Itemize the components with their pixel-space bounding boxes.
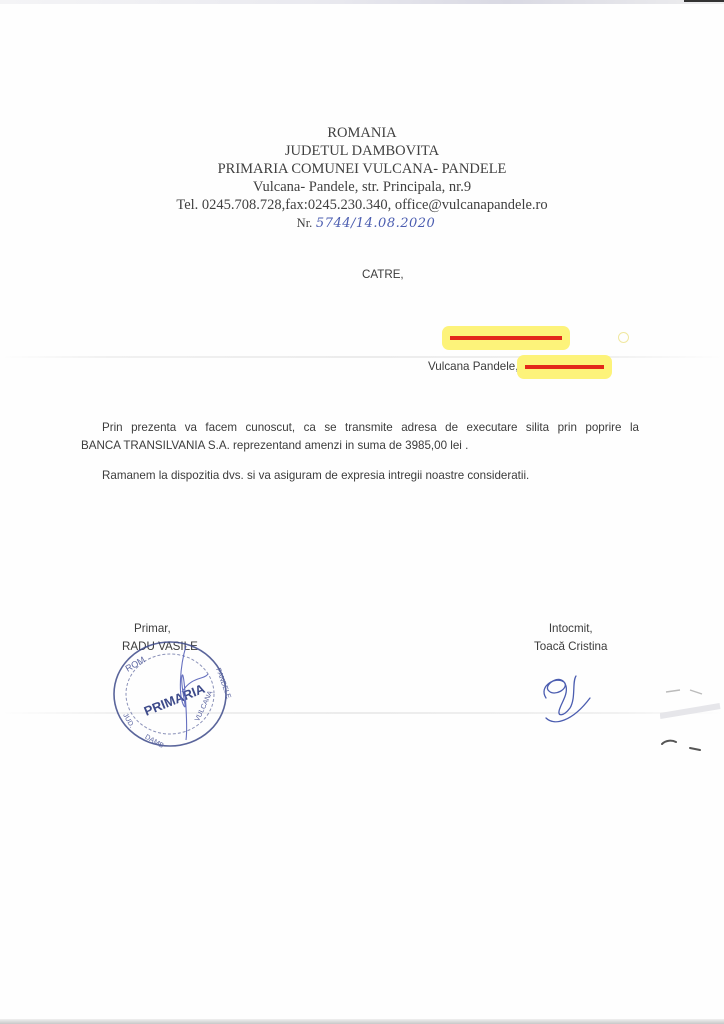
preparer-role: Intocmit, [534,620,607,638]
body-paragraph-2: Ramanem la dispozitia dvs. si va asigura… [81,467,660,485]
paper-crease-mark [660,686,724,766]
svg-text:DAMB: DAMB [144,734,165,748]
svg-text:ROM: ROM [124,655,147,674]
letterhead-address: Vulcana- Pandele, str. Principala, nr.9 [0,178,724,196]
letterhead-country: ROMANIA [0,124,724,142]
scan-corner-mark [684,0,724,2]
registration-number: Nr. 5744/14.08.2020 [0,214,724,233]
redacted-recipient-address [517,355,612,379]
registration-handwritten: 5744/14.08.2020 [316,216,435,231]
body-paragraph-1: Prin prezenta va facem cunoscut, ca se t… [81,419,639,455]
letterhead-contact: Tel. 0245.708.728,fax:0245.230.340, offi… [0,196,724,214]
signature-block-preparer: Intocmit, Toacă Cristina [534,620,607,656]
official-stamp-icon: PRIMARIA ROM PANDELE VULCANA JUD. DAMB [108,636,238,748]
redaction-bar [525,365,604,369]
recipient-locality: Vulcana Pandele, [428,360,518,373]
scan-artifact-circle [618,332,629,343]
redaction-bar [450,336,562,340]
body-paragraph-1-line-2: BANCA TRANSILVANIA S.A. reprezentand ame… [81,439,468,452]
scan-bottom-edge [0,1019,724,1024]
letterhead-institution: PRIMARIA COMUNEI VULCANA- PANDELE [0,160,724,178]
letterhead-county: JUDETUL DAMBOVITA [0,142,724,160]
handwritten-signature-icon [536,668,616,728]
registration-label: Nr. [297,216,313,230]
scan-top-edge [0,0,724,4]
body-paragraph-1-line-1: Prin prezenta va facem cunoscut, ca se t… [81,419,639,437]
svg-text:JUD.: JUD. [121,712,135,729]
paper-fold-line [0,356,724,358]
redacted-recipient-name [442,326,570,350]
scanned-letter-page: ROMANIA JUDETUL DAMBOVITA PRIMARIA COMUN… [0,0,724,1024]
preparer-name: Toacă Cristina [534,638,607,656]
letterhead: ROMANIA JUDETUL DAMBOVITA PRIMARIA COMUN… [0,124,724,233]
svg-text:PANDELE: PANDELE [214,667,232,700]
recipient-salutation: CATRE, [362,268,404,281]
